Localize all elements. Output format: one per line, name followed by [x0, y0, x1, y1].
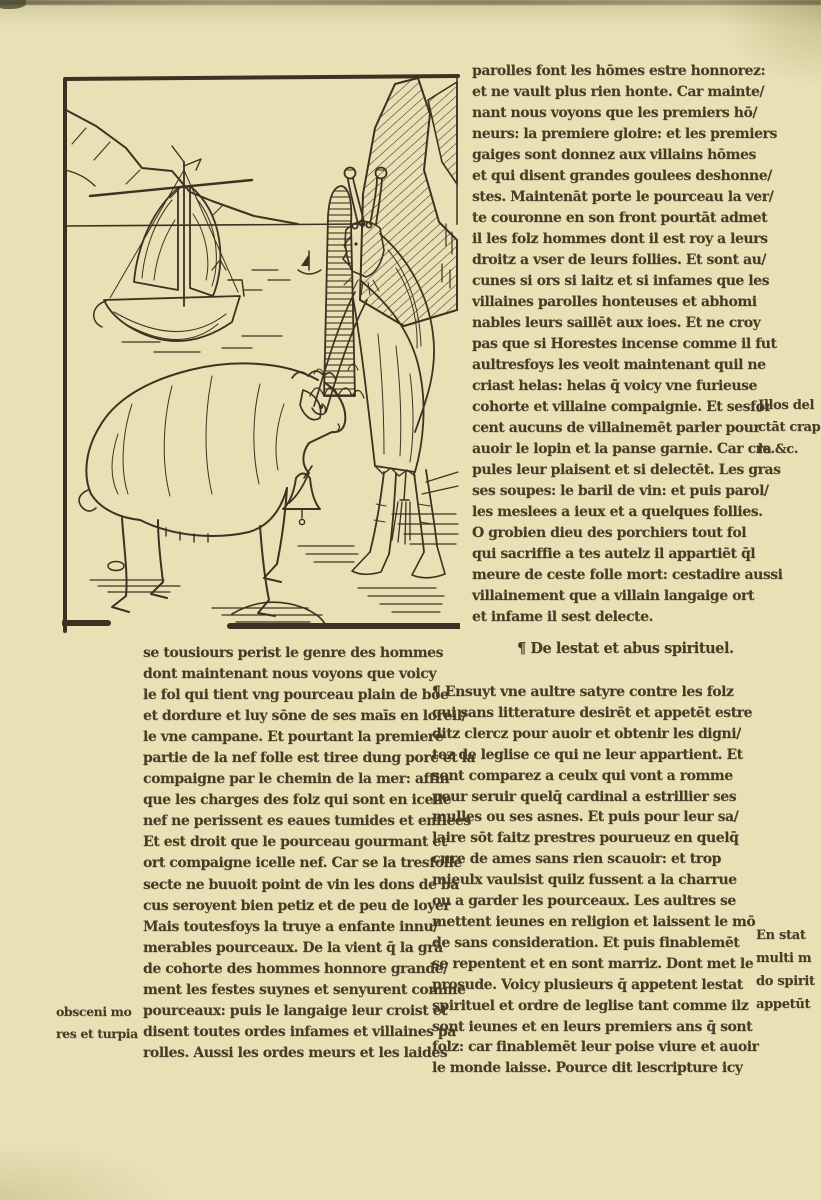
- marginal-note-line: Jllos del: [758, 395, 821, 417]
- text-line: ¶ Ensuyt vne aultre satyre contre les fo…: [432, 682, 758, 703]
- text-line: nables leurs saillēt aux ioes. Et ne cro…: [472, 313, 760, 334]
- text-line: laire sōt faitz prestres pourueuz en que…: [432, 828, 758, 849]
- text-line: qui sans litterature desirēt et appetēt …: [432, 703, 758, 724]
- marginal-note-line: do spirit: [756, 970, 821, 993]
- text-line: cohorte et villaine compaignie. Et sesfo…: [472, 397, 760, 418]
- text-line: prosude. Voicy plusieurs q̄ appetent les…: [432, 975, 758, 996]
- text-line: tez de leglise ce qui ne leur appartient…: [432, 745, 758, 766]
- text-line: et qui disent grandes goulees deshonne/: [472, 166, 760, 187]
- pig-tail: [79, 490, 96, 511]
- marginal-note-line: En stat: [756, 924, 821, 947]
- ground: [90, 472, 458, 626]
- text-line: sont ieunes et en leurs premiers ans q̄ …: [432, 1017, 758, 1038]
- text-line: pour seruir quelq̄ cardinal a estrillier…: [432, 787, 758, 808]
- text-line: te couronne en son front pourtāt admet: [472, 208, 760, 229]
- cliffs: [65, 110, 298, 224]
- marginal-note-line: le.&c.: [758, 439, 821, 461]
- column-right-bottom: ¶ Ensuyt vne aultre satyre contre les fo…: [432, 682, 758, 1079]
- text-line: cent aucuns de villainemēt parler pour: [472, 418, 760, 439]
- woodcut-illustration: [62, 74, 460, 636]
- text-line: cure de ames sans rien scauoir: et trop: [432, 849, 758, 870]
- text-line: O grobien dieu des porchiers tout fol: [472, 523, 760, 544]
- marginal-note-crapule: Jllos del ctāt crap le.&c.: [758, 395, 821, 461]
- marginal-gloss-left: obsceni mo res et turpia: [56, 1001, 142, 1044]
- hanging-bell-icon: [283, 474, 320, 510]
- small-boat: [298, 251, 321, 274]
- scan-corner-mark: [0, 0, 26, 9]
- text-line: partie de la nef folle est tiree dung po…: [143, 748, 468, 769]
- text-line: spirituel et ordre de leglise tant comme…: [432, 996, 758, 1017]
- text-line: se repentent et en sont marriz. Dont met…: [432, 954, 758, 975]
- text-line: aultresfoys les veoit maintenant quil ne: [472, 355, 760, 376]
- text-line: rolles. Aussi les ordes meurs et les lai…: [143, 1043, 468, 1064]
- book-page: parolles font les hōmes estre honnorez: …: [0, 0, 821, 1200]
- sailing-ship: [90, 146, 252, 341]
- text-line: sont comparez a ceulx qui vont a romme: [432, 766, 758, 787]
- text-line: droitz a vser de leurs follies. Et sont …: [472, 250, 760, 271]
- text-line: ses soupes: le baril de vin: et puis par…: [472, 481, 760, 502]
- text-line: gaiges sont donnez aux villains hōmes: [472, 145, 760, 166]
- tassel: [392, 502, 410, 544]
- text-line: auoir le lopin et la panse garnie. Car c…: [472, 439, 760, 460]
- text-line: nef ne perissent es eaues tumides et enf…: [143, 811, 468, 832]
- hood-bell-icon: [345, 168, 356, 179]
- scan-top-edge: [0, 0, 821, 5]
- text-line: ditz clercz pour auoir et obtenir les di…: [432, 724, 758, 745]
- section-heading: ¶ De lestat et abus spirituel.: [517, 640, 734, 657]
- pig-figure: [79, 363, 345, 616]
- text-line: il les folz hommes dont il est roy a leu…: [472, 229, 760, 250]
- text-line: cus seroyent bien petiz et de peu de loy…: [143, 896, 468, 917]
- text-line: le fol qui tient vng pourceau plain de b…: [143, 685, 468, 706]
- column-left-bottom: se tousiours perist le genre des hommes …: [143, 643, 468, 1064]
- text-line: qui sacriffie a tes autelz il appartiēt …: [472, 544, 760, 565]
- text-line: mieulx vaulsist quilz fussent a la charr…: [432, 870, 758, 891]
- text-line: parolles font les hōmes estre honnorez:: [472, 61, 760, 82]
- text-line: folz: car finablemēt leur poise viure et…: [432, 1037, 758, 1058]
- text-line: villainement que a villain langaige ort: [472, 586, 760, 607]
- text-line: que les charges des folz qui sont en ice…: [143, 790, 468, 811]
- text-line: merables pourceaux. De la vient q̄ la gr…: [143, 938, 468, 959]
- text-line: Et est droit que le pourceau gourmant et: [143, 832, 468, 853]
- marginal-note-line: multi m: [756, 947, 821, 970]
- text-line: de cohorte des hommes honnore grande/: [143, 959, 468, 980]
- text-line: secte ne buuoit point de vin les dons de…: [143, 875, 468, 896]
- text-line: ou a garder les pourceaux. Les aultres s…: [432, 891, 758, 912]
- text-line: criast helas: helas q̄ voicy vne furieus…: [472, 376, 760, 397]
- text-line: mulles ou ses asnes. Et puis pour leur s…: [432, 807, 758, 828]
- text-line: mettent ieunes en religion et laissent l…: [432, 912, 758, 933]
- text-line: disent toutes ordes infames et villaines…: [143, 1022, 468, 1043]
- text-line: nant nous voyons que les premiers hō/: [472, 103, 760, 124]
- text-line: et ne vault plus rien honte. Car mainte/: [472, 82, 760, 103]
- text-line: de sans consideration. Et puis finablemē…: [432, 933, 758, 954]
- text-line: et dordure et luy sōne de ses maīs en lo…: [143, 706, 468, 727]
- text-line: le monde laisse. Pource dit lescripture …: [432, 1058, 758, 1079]
- woodcut-fool-and-pig: [62, 74, 460, 636]
- marginal-note-status: En stat multi m do spirit appetūt: [756, 924, 821, 1016]
- column-right-top: parolles font les hōmes estre honnorez: …: [472, 61, 760, 628]
- text-line: cunes si ors si laitz et si infames que …: [472, 271, 760, 292]
- section-heading-text: ¶ De lestat et abus spirituel.: [517, 640, 734, 657]
- marginal-note-line: appetūt: [756, 993, 821, 1016]
- text-line: pas que si Horestes incense comme il fut: [472, 334, 760, 355]
- text-line: Mais toutesfoys la truye a enfante innu/: [143, 917, 468, 938]
- text-line: stes. Maintenāt porte le pourceau la ver…: [472, 187, 760, 208]
- text-line: ort compaigne icelle nef. Car se la tres…: [143, 853, 468, 874]
- marginal-gloss-line: obsceni mo: [56, 1001, 142, 1023]
- marginal-note-line: ctāt crap: [758, 417, 821, 439]
- text-line: pourceaux: puis le langaige leur croist …: [143, 1001, 468, 1022]
- text-line: et infame il sest delecte.: [472, 607, 760, 628]
- text-line: dont maintenant nous voyons que voicy: [143, 664, 468, 685]
- text-line: neurs: la premiere gloire: et les premie…: [472, 124, 760, 145]
- text-line: pules leur plaisent et si delectēt. Les …: [472, 460, 760, 481]
- marginal-gloss-line: res et turpia: [56, 1023, 142, 1045]
- text-line: villaines parolles honteuses et abhomi: [472, 292, 760, 313]
- text-line: les meslees a ieux et a quelques follies…: [472, 502, 760, 523]
- stone: [108, 562, 124, 571]
- text-line: meure de ceste folle mort: cestadire aus…: [472, 565, 760, 586]
- text-line: se tousiours perist le genre des hommes: [143, 643, 468, 664]
- text-line: ment les festes suynes et senyurent comm…: [143, 980, 468, 1001]
- text-line: le vne campane. Et pourtant la premiere: [143, 727, 468, 748]
- text-line: compaigne par le chemin de la mer: affin: [143, 769, 468, 790]
